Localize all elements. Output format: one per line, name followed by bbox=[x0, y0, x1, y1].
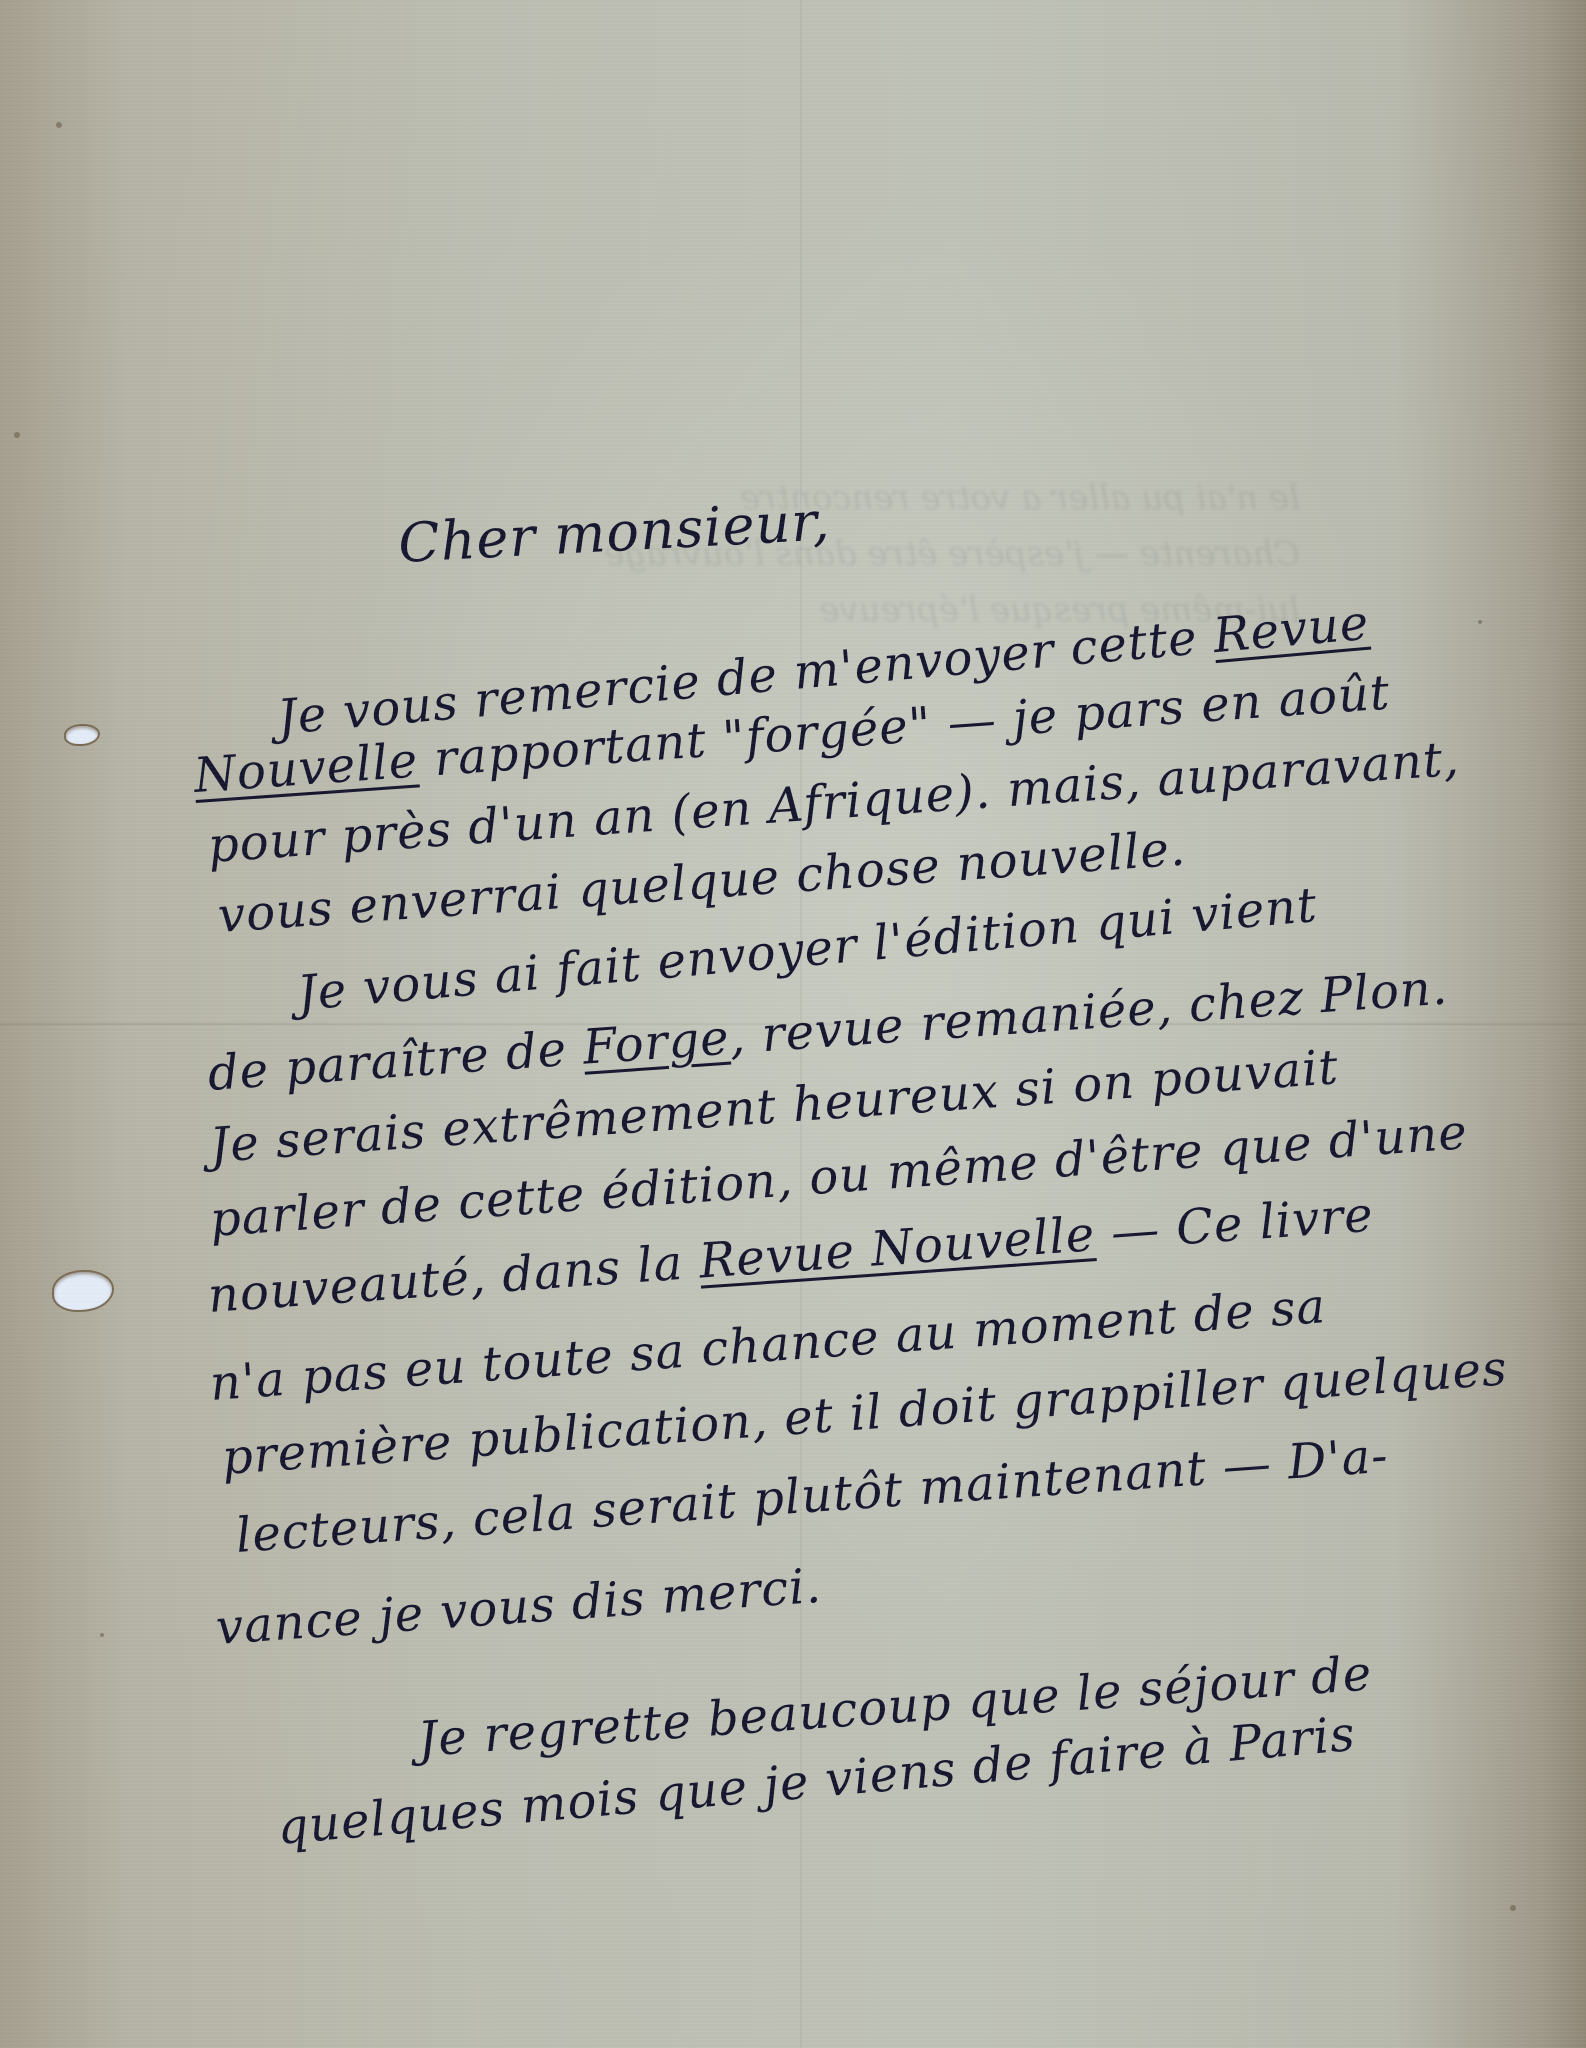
title-revue-nouvelle: Revue Nouvelle bbox=[697, 1206, 1097, 1290]
letter-line: vance je vous dis merci. bbox=[214, 1558, 823, 1656]
punch-hole-bottom bbox=[52, 1270, 114, 1312]
paper-speck bbox=[100, 1633, 104, 1637]
punch-hole-top bbox=[64, 724, 100, 746]
title-forge: Forge bbox=[581, 1010, 731, 1076]
paper-speck bbox=[1510, 1905, 1516, 1911]
paper-speck bbox=[1478, 620, 1482, 624]
paper-speck bbox=[14, 432, 20, 438]
letter-page: le n'ai pu aller a votre rencontreCharen… bbox=[0, 0, 1586, 2048]
paper-speck bbox=[56, 122, 62, 128]
